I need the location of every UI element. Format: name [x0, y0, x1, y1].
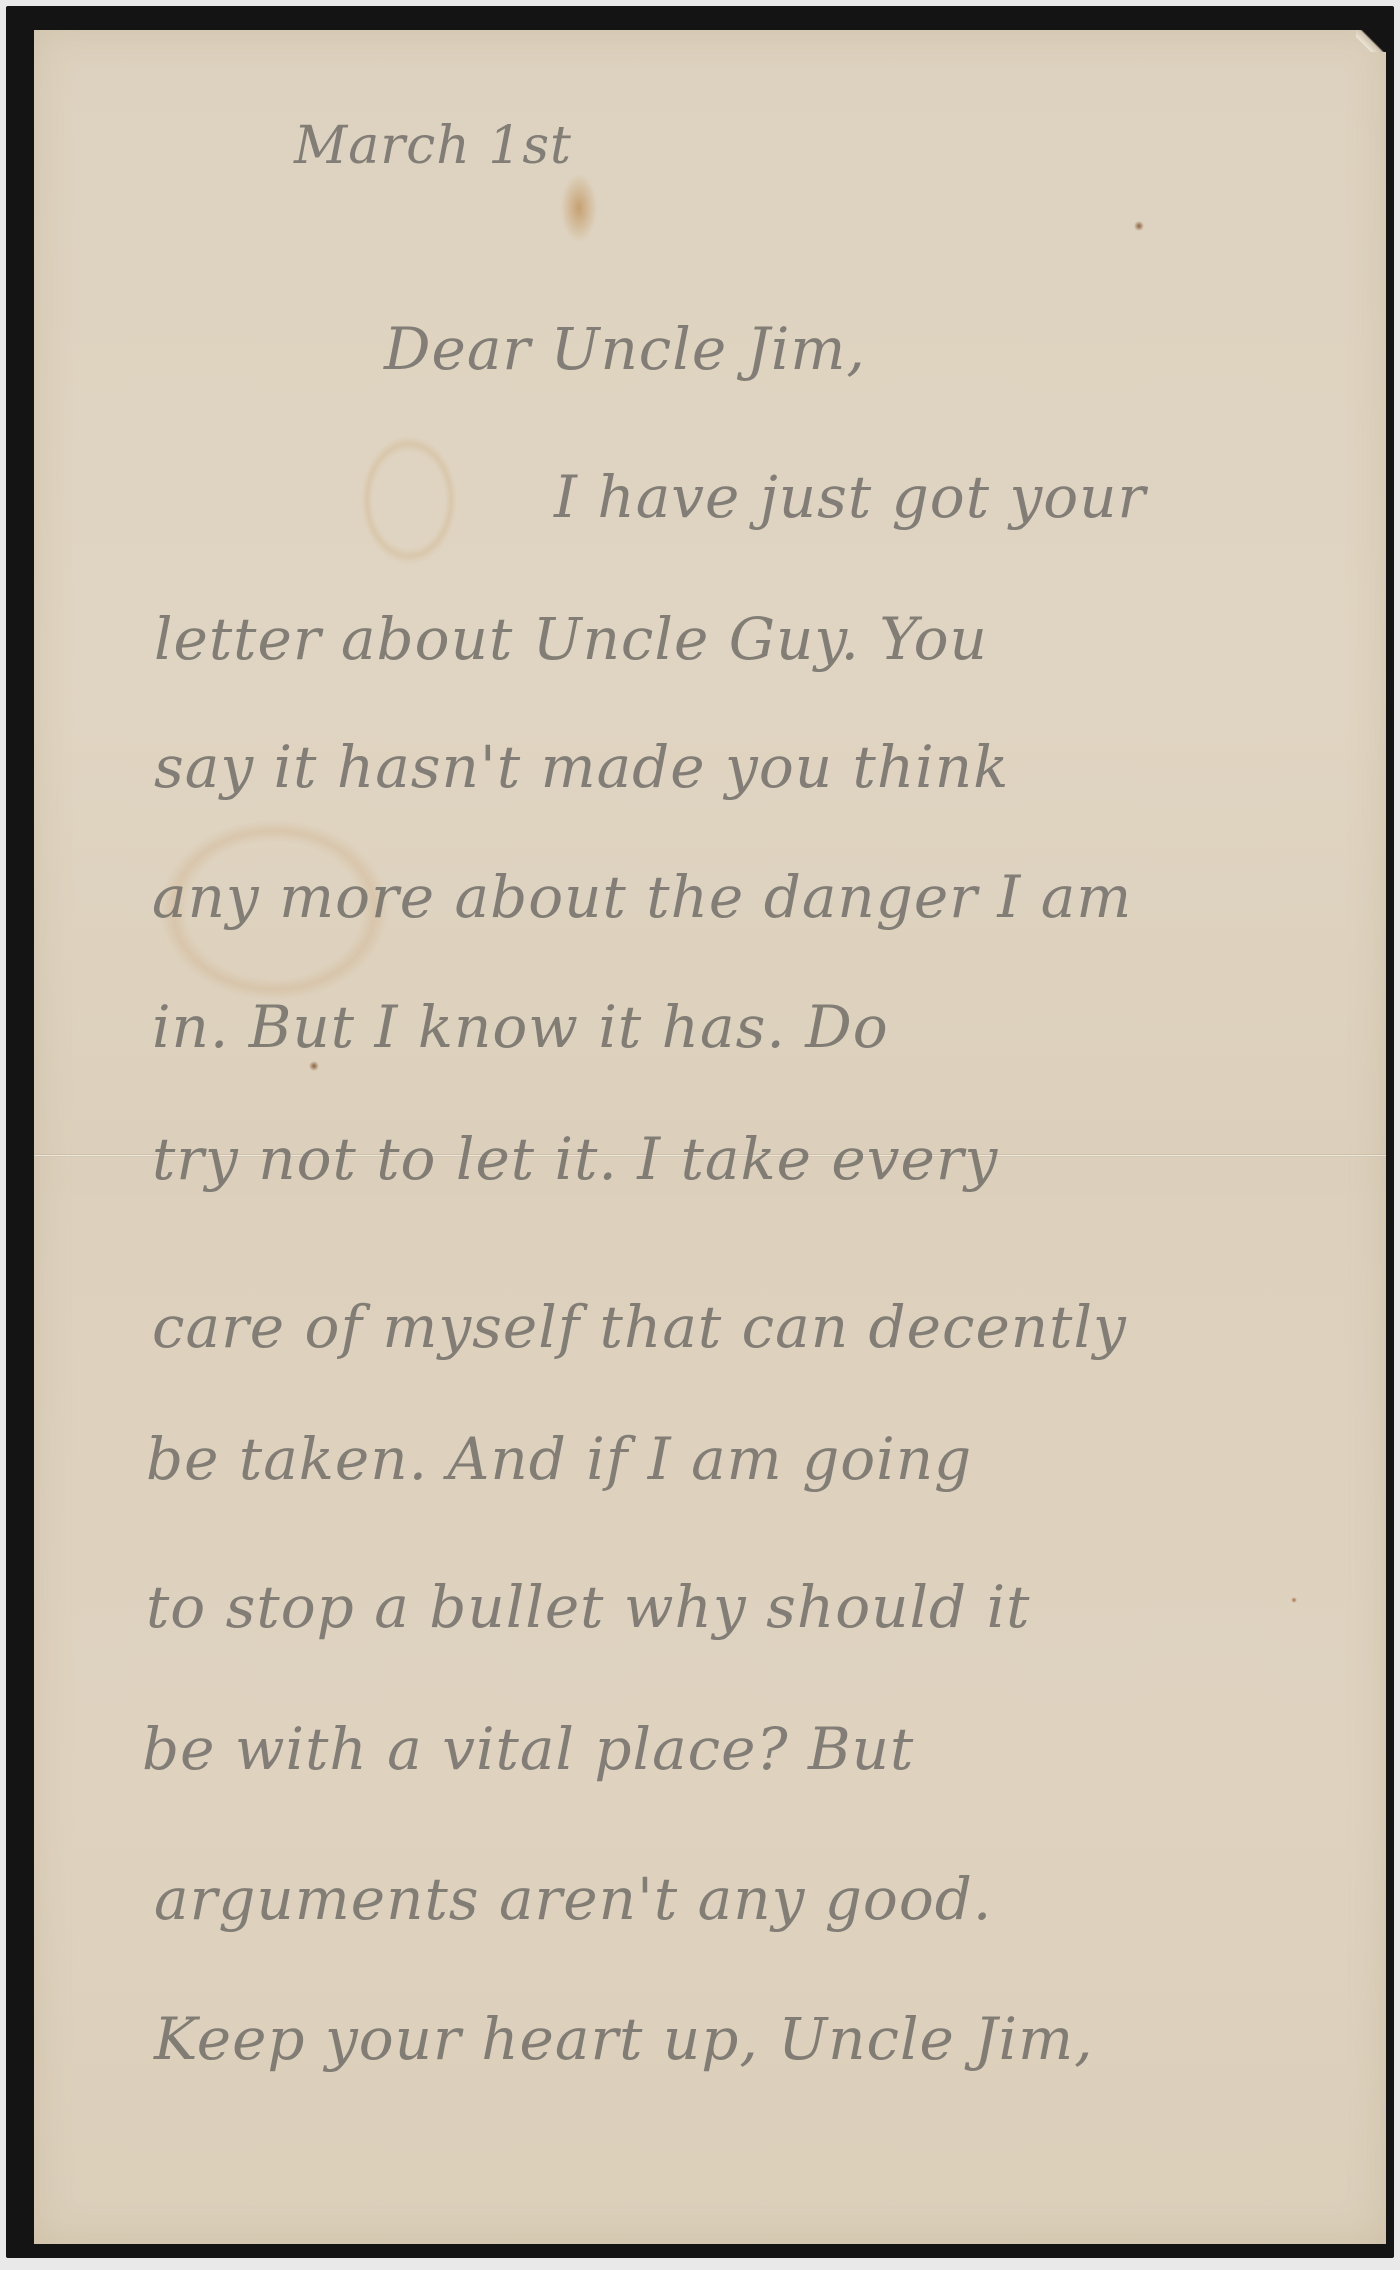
letter-line: any more about the danger I am: [152, 868, 1132, 926]
letter-line: letter about Uncle Guy. You: [154, 610, 988, 668]
letter-line: I have just got your: [554, 468, 1146, 526]
letter-line: to stop a bullet why should it: [146, 1578, 1030, 1636]
letter-line: arguments aren't any good.: [154, 1870, 992, 1928]
letter-line: try not to let it. I take every: [152, 1130, 998, 1188]
letter-salutation: Dear Uncle Jim,: [384, 320, 866, 378]
letter-page: March 1st Dear Uncle Jim, I have just go…: [34, 30, 1386, 2244]
letter-line: say it hasn't made you think: [154, 738, 1009, 796]
page-corner-curl: [1356, 30, 1386, 52]
letter-line: be with a vital place? But: [142, 1720, 914, 1778]
letter-line: care of myself that can decently: [152, 1298, 1127, 1356]
letter-date: March 1st: [294, 120, 572, 172]
document-frame: March 1st Dear Uncle Jim, I have just go…: [6, 6, 1394, 2258]
letter-line: in. But I know it has. Do: [152, 998, 889, 1056]
letter-line: Keep your heart up, Uncle Jim,: [154, 2010, 1094, 2068]
letter-line: be taken. And if I am going: [146, 1430, 972, 1488]
